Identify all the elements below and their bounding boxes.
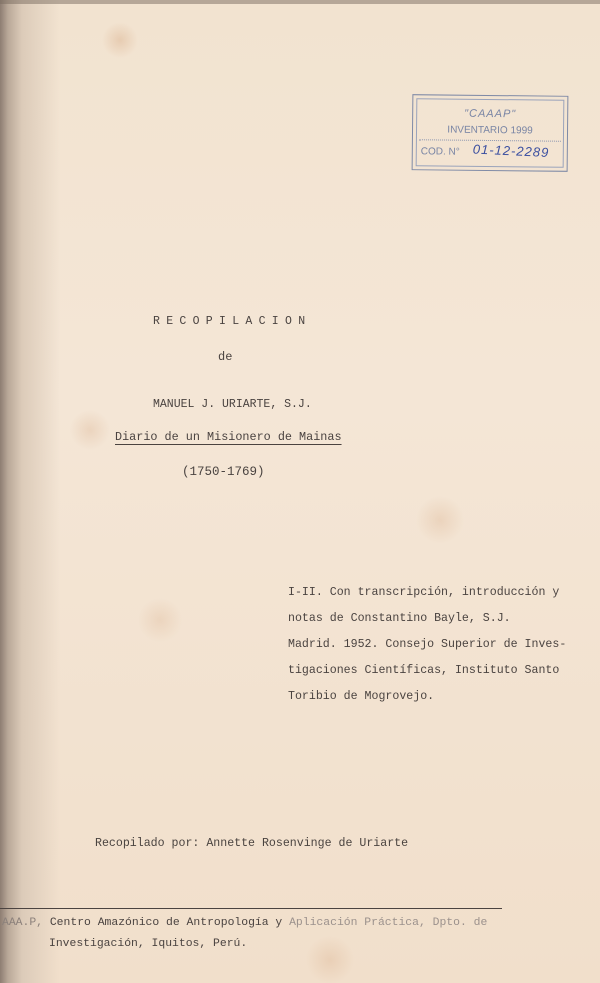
- note-line: I-II. Con transcripción, introducción y: [288, 580, 566, 606]
- note-line: Toribio de Mogrovejo.: [288, 684, 566, 710]
- document-title: RECOPILACION: [153, 315, 311, 328]
- inventory-stamp: "CAAAP" INVENTARIO 1999 COD. N° 01-12-22…: [412, 94, 569, 172]
- footer-line-2: Investigación, Iquitos, Perú.: [49, 938, 247, 950]
- stamp-organization: "CAAAP": [413, 107, 567, 121]
- publication-notes: I-II. Con transcripción, introducción y …: [288, 580, 566, 710]
- stamp-inventory: INVENTARIO 1999: [413, 124, 567, 137]
- footer-rule: [0, 908, 502, 909]
- footer-line-1: AAA.P, Centro Amazónico de Antropología …: [2, 917, 487, 929]
- note-line: Madrid. 1952. Consejo Superior de Inves-: [288, 632, 566, 658]
- compiler-credit: Recopilado por: Annette Rosenvinge de Ur…: [95, 837, 408, 850]
- work-years: (1750-1769): [182, 465, 265, 479]
- author-name: MANUEL J. URIARTE, S.J.: [153, 398, 312, 411]
- footer-main: Centro Amazónico de Antropología y: [43, 917, 289, 929]
- stamp-code-label: COD. N°: [421, 146, 460, 157]
- page-edge-shadow: [0, 0, 600, 4]
- title-connector: de: [218, 350, 232, 364]
- note-line: tigaciones Científicas, Instituto Santo: [288, 658, 566, 684]
- note-line: notas de Constantino Bayle, S.J.: [288, 606, 566, 632]
- footer-prefix: AAA.P,: [2, 917, 43, 929]
- footer-faded: Aplicación Práctica, Dpto. de: [289, 917, 487, 929]
- work-title: Diario de un Misionero de Mainas: [115, 430, 342, 444]
